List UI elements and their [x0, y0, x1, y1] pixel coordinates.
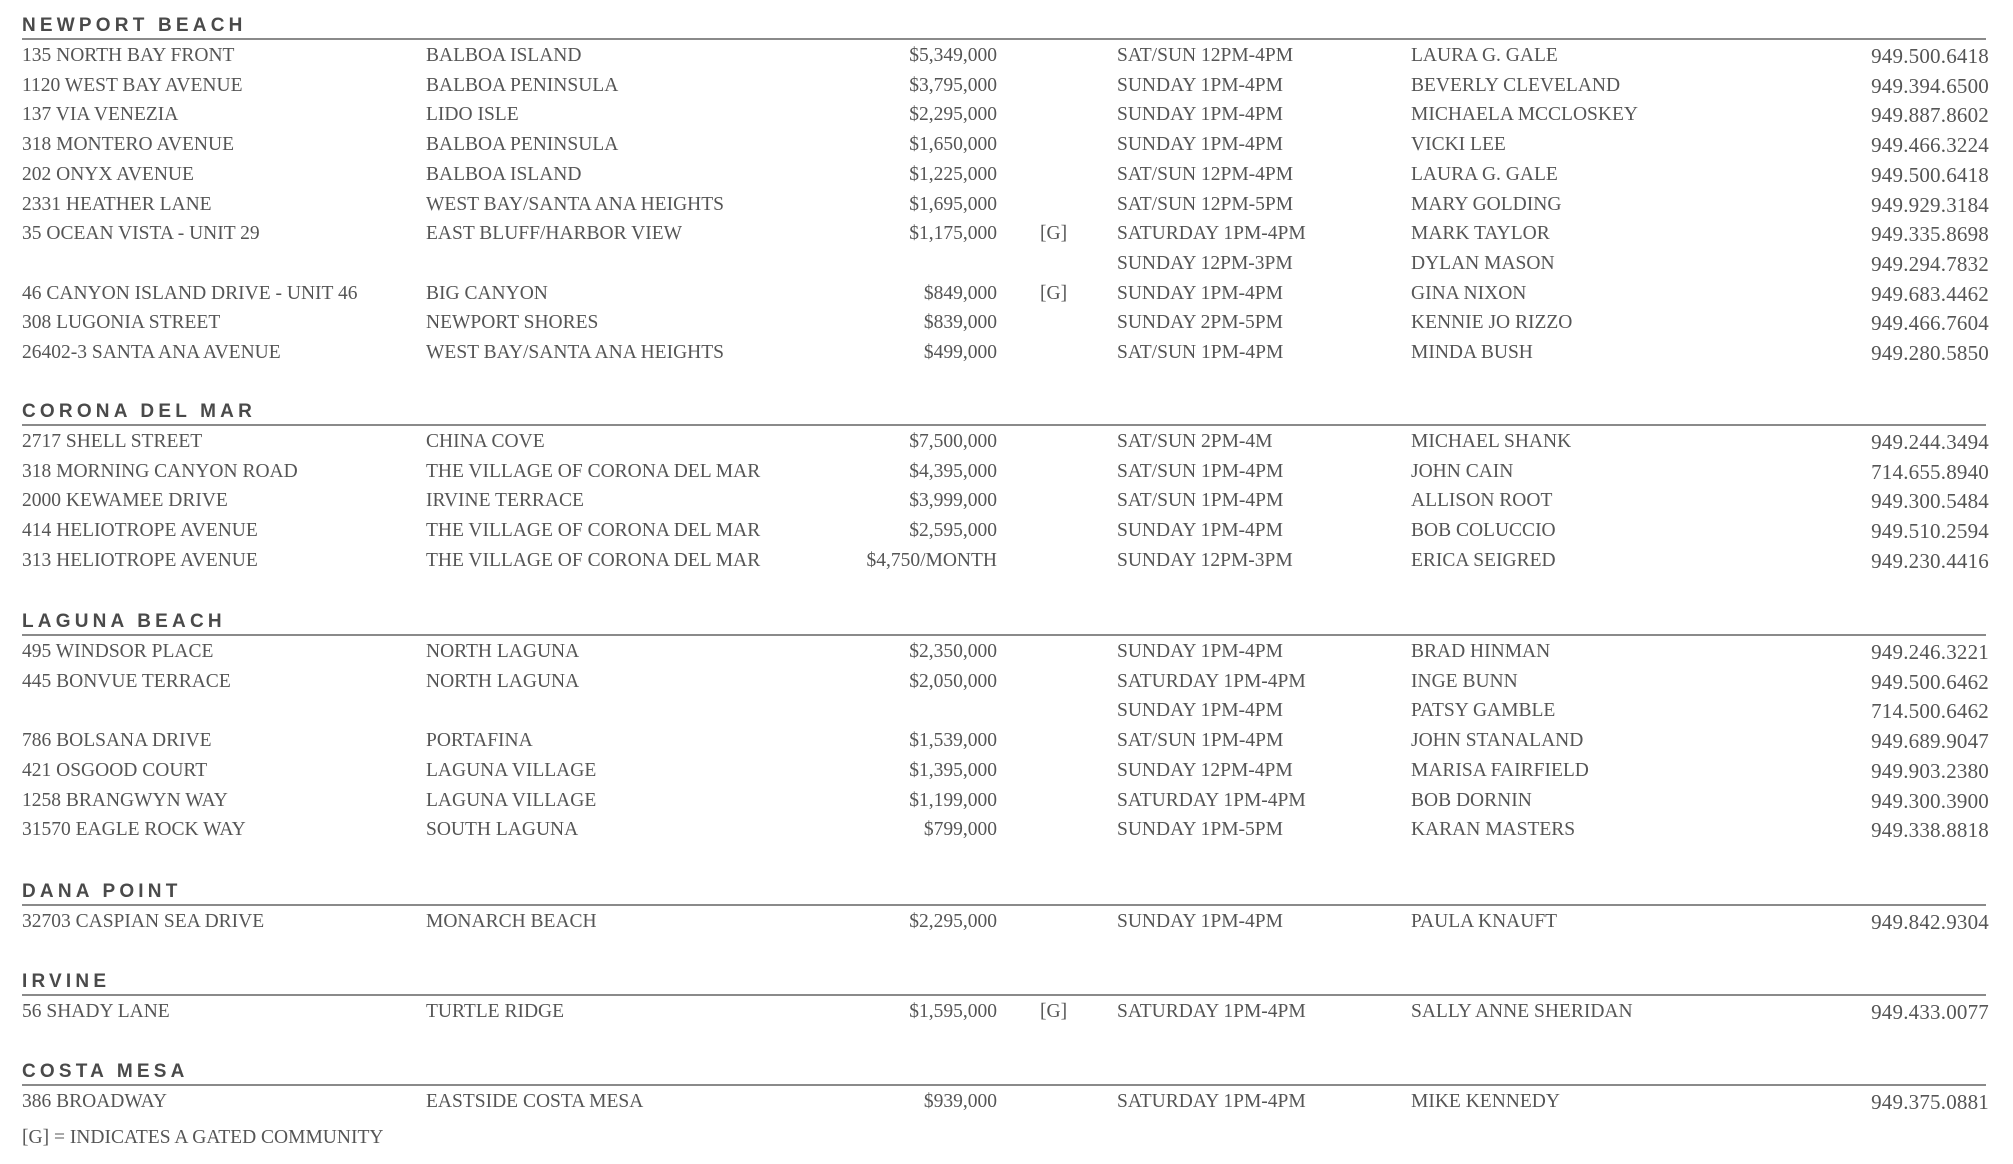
agent-cell: Michaela McCloskey — [1411, 101, 1638, 129]
section-heading: CORONA DEL MAR — [22, 402, 256, 422]
price-cell: $1,175,000 — [909, 220, 997, 248]
time-cell: Sunday 1PM-4PM — [1117, 697, 1283, 725]
phone-cell: 949.230.4416 — [1871, 547, 1989, 575]
agent-cell: Laura G. Gale — [1411, 42, 1558, 70]
phone-cell: 949.510.2594 — [1871, 517, 1989, 545]
listing-row: 135 North Bay FrontBalboa Island$5,349,0… — [0, 42, 2013, 70]
neighborhood-cell: Laguna Village — [426, 787, 596, 815]
price-cell: $1,225,000 — [909, 161, 997, 189]
neighborhood-cell: Laguna Village — [426, 757, 596, 785]
price-cell: $1,595,000 — [909, 998, 997, 1026]
phone-cell: 949.683.4462 — [1871, 280, 1989, 308]
time-cell: Sunday 1PM-4PM — [1117, 101, 1283, 129]
agent-cell: Inge Bunn — [1411, 668, 1518, 696]
time-cell: Sunday 1PM-4PM — [1117, 517, 1283, 545]
time-cell: Sat/Sun 1PM-4PM — [1117, 487, 1283, 515]
phone-cell: 949.335.8698 — [1871, 220, 1989, 248]
agent-cell: Patsy Gamble — [1411, 697, 1555, 725]
agent-cell: Karan Masters — [1411, 816, 1575, 844]
neighborhood-cell: Eastside Costa Mesa — [426, 1088, 643, 1116]
section-divider — [22, 1084, 1986, 1086]
listing-row: 786 Bolsana DrivePortafina$1,539,000Sat/… — [0, 727, 2013, 755]
neighborhood-cell: Irvine Terrace — [426, 487, 584, 515]
price-cell: $839,000 — [924, 309, 997, 337]
listing-row: 414 Heliotrope AvenueThe Village of Coro… — [0, 517, 2013, 545]
address-cell: 2717 Shell Street — [22, 428, 202, 456]
phone-cell: 949.903.2380 — [1871, 757, 1989, 785]
time-cell: Sunday 12PM-3PM — [1117, 250, 1293, 278]
address-cell: 31570 Eagle Rock Way — [22, 816, 246, 844]
time-cell: Sunday 1PM-4PM — [1117, 131, 1283, 159]
listing-row: 56 Shady LaneTurtle Ridge$1,595,000[G]Sa… — [0, 998, 2013, 1026]
agent-cell: Mike Kennedy — [1411, 1088, 1560, 1116]
address-cell: 1258 Brangwyn Way — [22, 787, 228, 815]
listing-row: 26402-3 Santa Ana AvenueWest Bay/Santa A… — [0, 339, 2013, 367]
time-cell: Sunday 1PM-4PM — [1117, 72, 1283, 100]
time-cell: Sunday 12PM-4PM — [1117, 757, 1293, 785]
agent-cell: Allison Root — [1411, 487, 1552, 515]
phone-cell: 949.466.3224 — [1871, 131, 1989, 159]
time-cell: Saturday 1PM-4PM — [1117, 220, 1306, 248]
address-cell: 46 Canyon Island Drive - Unit 46 — [22, 280, 357, 308]
listing-row: Sunday 1PM-4PMPatsy Gamble714.500.6462 — [0, 697, 2013, 725]
phone-cell: 949.338.8818 — [1871, 816, 1989, 844]
neighborhood-cell: China Cove — [426, 428, 545, 456]
agent-cell: Vicki Lee — [1411, 131, 1506, 159]
agent-cell: Michael Shank — [1411, 428, 1571, 456]
gated-cell: [G] — [1040, 280, 1067, 308]
section-divider — [22, 38, 1986, 40]
neighborhood-cell: Turtle Ridge — [426, 998, 564, 1026]
neighborhood-cell: The Village of Corona Del Mar — [426, 547, 760, 575]
phone-cell: 949.929.3184 — [1871, 191, 1989, 219]
time-cell: Saturday 1PM-4PM — [1117, 787, 1306, 815]
section-heading: NEWPORT BEACH — [22, 16, 247, 36]
price-cell: $1,199,000 — [909, 787, 997, 815]
phone-cell: 949.280.5850 — [1871, 339, 1989, 367]
price-cell: $799,000 — [924, 816, 997, 844]
listing-row: 137 Via VeneziaLido Isle$2,295,000Sunday… — [0, 101, 2013, 129]
neighborhood-cell: Balboa Peninsula — [426, 131, 618, 159]
listing-row: 1258 Brangwyn WayLaguna Village$1,199,00… — [0, 787, 2013, 815]
listing-row: 313 Heliotrope AvenueThe Village of Coro… — [0, 547, 2013, 575]
price-cell: $2,050,000 — [909, 668, 997, 696]
agent-cell: Marisa Fairfield — [1411, 757, 1589, 785]
phone-cell: 949.300.3900 — [1871, 787, 1989, 815]
neighborhood-cell: East Bluff/Harbor View — [426, 220, 682, 248]
neighborhood-cell: Monarch Beach — [426, 908, 597, 936]
agent-cell: Kennie Jo Rizzo — [1411, 309, 1572, 337]
phone-cell: 949.244.3494 — [1871, 428, 1989, 456]
neighborhood-cell: Balboa Island — [426, 42, 581, 70]
neighborhood-cell: Lido Isle — [426, 101, 519, 129]
price-cell: $2,295,000 — [909, 101, 997, 129]
phone-cell: 949.887.8602 — [1871, 101, 1989, 129]
agent-cell: Erica Seigred — [1411, 547, 1556, 575]
time-cell: Sat/Sun 12PM-4PM — [1117, 161, 1293, 189]
time-cell: Sunday 1PM-4PM — [1117, 908, 1283, 936]
phone-cell: 949.394.6500 — [1871, 72, 1989, 100]
agent-cell: Bob Dornin — [1411, 787, 1532, 815]
address-cell: 421 Osgood Court — [22, 757, 207, 785]
address-cell: 32703 Caspian Sea Drive — [22, 908, 264, 936]
address-cell: 318 Morning Canyon Road — [22, 458, 298, 486]
listing-row: 35 Ocean Vista - Unit 29East Bluff/Harbo… — [0, 220, 2013, 248]
phone-cell: 949.466.7604 — [1871, 309, 1989, 337]
phone-cell: 949.300.5484 — [1871, 487, 1989, 515]
gated-cell: [G] — [1040, 220, 1067, 248]
phone-cell: 949.689.9047 — [1871, 727, 1989, 755]
time-cell: Sat/Sun 1PM-4PM — [1117, 727, 1283, 755]
time-cell: Sunday 1PM-4PM — [1117, 638, 1283, 666]
phone-cell: 714.500.6462 — [1871, 697, 1989, 725]
address-cell: 386 Broadway — [22, 1088, 167, 1116]
phone-cell: 714.655.8940 — [1871, 458, 1989, 486]
address-cell: 2000 Kewamee Drive — [22, 487, 228, 515]
neighborhood-cell: West Bay/Santa Ana Heights — [426, 339, 724, 367]
listing-row: 445 Bonvue TerraceNorth Laguna$2,050,000… — [0, 668, 2013, 696]
listing-row: 495 Windsor PlaceNorth Laguna$2,350,000S… — [0, 638, 2013, 666]
price-cell: $4,750/month — [866, 547, 997, 575]
listing-row: 421 Osgood CourtLaguna Village$1,395,000… — [0, 757, 2013, 785]
address-cell: 202 Onyx Avenue — [22, 161, 194, 189]
time-cell: Saturday 1PM-4PM — [1117, 1088, 1306, 1116]
listing-row: 2331 Heather LaneWest Bay/Santa Ana Heig… — [0, 191, 2013, 219]
agent-cell: Gina Nixon — [1411, 280, 1526, 308]
address-cell: 318 Montero Avenue — [22, 131, 234, 159]
price-cell: $5,349,000 — [909, 42, 997, 70]
agent-cell: Brad Hinman — [1411, 638, 1550, 666]
time-cell: Sat/Sun 1PM-4PM — [1117, 339, 1283, 367]
price-cell: $1,650,000 — [909, 131, 997, 159]
neighborhood-cell: South Laguna — [426, 816, 578, 844]
section-divider — [22, 424, 1986, 426]
agent-cell: Beverly Cleveland — [1411, 72, 1620, 100]
phone-cell: 949.500.6418 — [1871, 42, 1989, 70]
price-cell: $1,395,000 — [909, 757, 997, 785]
listing-row: 318 Morning Canyon RoadThe Village of Co… — [0, 458, 2013, 486]
neighborhood-cell: The Village of Corona Del Mar — [426, 458, 760, 486]
phone-cell: 949.375.0881 — [1871, 1088, 1989, 1116]
price-cell: $499,000 — [924, 339, 997, 367]
time-cell: Saturday 1PM-4PM — [1117, 998, 1306, 1026]
time-cell: Sat/Sun 1PM-4PM — [1117, 458, 1283, 486]
neighborhood-cell: Balboa Peninsula — [426, 72, 618, 100]
section-heading: LAGUNA BEACH — [22, 612, 226, 632]
section-heading: DANA POINT — [22, 882, 182, 902]
listing-row: 2000 Kewamee DriveIrvine Terrace$3,999,0… — [0, 487, 2013, 515]
time-cell: Sunday 2PM-5PM — [1117, 309, 1283, 337]
agent-cell: John Cain — [1411, 458, 1513, 486]
neighborhood-cell: Newport Shores — [426, 309, 598, 337]
time-cell: Sat/Sun 12PM-5PM — [1117, 191, 1293, 219]
time-cell: Sat/Sun 12PM-4PM — [1117, 42, 1293, 70]
listing-row: Sunday 12PM-3PMDylan Mason949.294.7832 — [0, 250, 2013, 278]
phone-cell: 949.433.0077 — [1871, 998, 1989, 1026]
time-cell: Sat/Sun 2PM-4M — [1117, 428, 1273, 456]
section-heading: COSTA MESA — [22, 1062, 189, 1082]
listing-row: 1120 West Bay AvenueBalboa Peninsula$3,7… — [0, 72, 2013, 100]
listing-row: 202 Onyx AvenueBalboa Island$1,225,000Sa… — [0, 161, 2013, 189]
neighborhood-cell: The Village of Corona Del Mar — [426, 517, 760, 545]
price-cell: $4,395,000 — [909, 458, 997, 486]
section-divider — [22, 904, 1986, 906]
neighborhood-cell: Big Canyon — [426, 280, 548, 308]
time-cell: Saturday 1PM-4PM — [1117, 668, 1306, 696]
price-cell: $3,999,000 — [909, 487, 997, 515]
listing-row: 308 Lugonia StreetNewport Shores$839,000… — [0, 309, 2013, 337]
listing-row: 386 BroadwayEastside Costa Mesa$939,000S… — [0, 1088, 2013, 1116]
listing-row: 32703 Caspian Sea DriveMonarch Beach$2,2… — [0, 908, 2013, 936]
price-cell: $939,000 — [924, 1088, 997, 1116]
neighborhood-cell: North Laguna — [426, 638, 579, 666]
neighborhood-cell: North Laguna — [426, 668, 579, 696]
agent-cell: Mark Taylor — [1411, 220, 1550, 248]
address-cell: 35 Ocean Vista - Unit 29 — [22, 220, 260, 248]
gated-cell: [G] — [1040, 998, 1067, 1026]
address-cell: 2331 Heather Lane — [22, 191, 212, 219]
agent-cell: Paula Knauft — [1411, 908, 1557, 936]
phone-cell: 949.246.3221 — [1871, 638, 1989, 666]
price-cell: $2,595,000 — [909, 517, 997, 545]
address-cell: 26402-3 Santa Ana Avenue — [22, 339, 281, 367]
phone-cell: 949.500.6462 — [1871, 668, 1989, 696]
section-divider — [22, 994, 1986, 996]
price-cell: $2,350,000 — [909, 638, 997, 666]
price-cell: $3,795,000 — [909, 72, 997, 100]
agent-cell: Bob Coluccio — [1411, 517, 1556, 545]
agent-cell: Dylan Mason — [1411, 250, 1555, 278]
neighborhood-cell: West Bay/Santa Ana Heights — [426, 191, 724, 219]
address-cell: 445 Bonvue Terrace — [22, 668, 231, 696]
time-cell: Sunday 1PM-4PM — [1117, 280, 1283, 308]
time-cell: Sunday 12PM-3PM — [1117, 547, 1293, 575]
address-cell: 1120 West Bay Avenue — [22, 72, 243, 100]
listing-row: 31570 Eagle Rock WaySouth Laguna$799,000… — [0, 816, 2013, 844]
address-cell: 137 Via Venezia — [22, 101, 178, 129]
address-cell: 414 Heliotrope Avenue — [22, 517, 258, 545]
listing-row: 2717 Shell StreetChina Cove$7,500,000Sat… — [0, 428, 2013, 456]
phone-cell: 949.500.6418 — [1871, 161, 1989, 189]
price-cell: $2,295,000 — [909, 908, 997, 936]
listing-row: 46 Canyon Island Drive - Unit 46Big Cany… — [0, 280, 2013, 308]
address-cell: 495 Windsor Place — [22, 638, 213, 666]
price-cell: $1,695,000 — [909, 191, 997, 219]
agent-cell: John Stanaland — [1411, 727, 1583, 755]
phone-cell: 949.842.9304 — [1871, 908, 1989, 936]
neighborhood-cell: Balboa Island — [426, 161, 581, 189]
price-cell: $7,500,000 — [909, 428, 997, 456]
gated-footnote: [G] = indicates a gated community — [22, 1124, 383, 1152]
address-cell: 135 North Bay Front — [22, 42, 234, 70]
price-cell: $1,539,000 — [909, 727, 997, 755]
phone-cell: 949.294.7832 — [1871, 250, 1989, 278]
section-heading: IRVINE — [22, 972, 110, 992]
agent-cell: Laura G. Gale — [1411, 161, 1558, 189]
address-cell: 313 Heliotrope Avenue — [22, 547, 258, 575]
agent-cell: Minda Bush — [1411, 339, 1533, 367]
section-divider — [22, 634, 1986, 636]
listing-row: 318 Montero AvenueBalboa Peninsula$1,650… — [0, 131, 2013, 159]
neighborhood-cell: Portafina — [426, 727, 533, 755]
address-cell: 786 Bolsana Drive — [22, 727, 212, 755]
price-cell: $849,000 — [924, 280, 997, 308]
agent-cell: Sally Anne Sheridan — [1411, 998, 1633, 1026]
address-cell: 308 Lugonia Street — [22, 309, 220, 337]
address-cell: 56 Shady Lane — [22, 998, 170, 1026]
time-cell: Sunday 1PM-5PM — [1117, 816, 1283, 844]
agent-cell: Mary Golding — [1411, 191, 1561, 219]
